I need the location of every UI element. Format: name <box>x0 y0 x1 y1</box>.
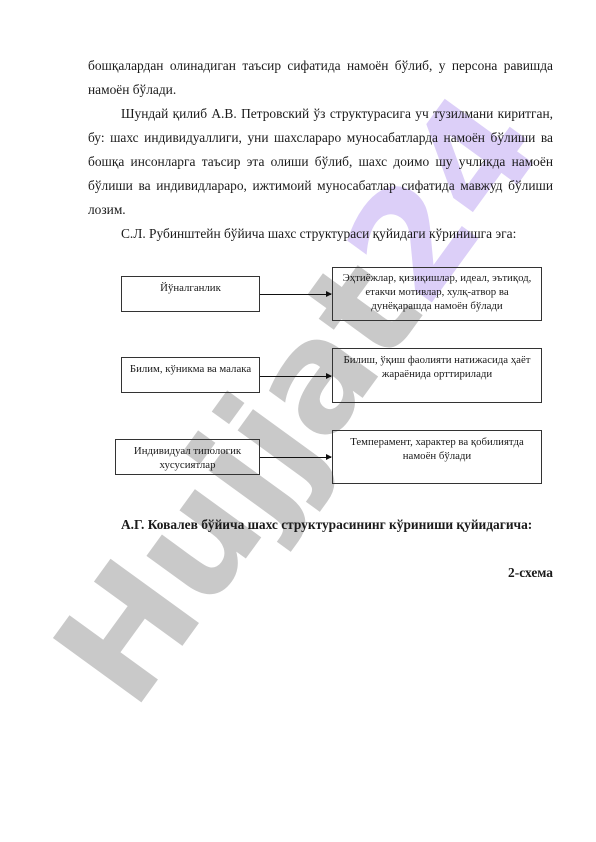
diagram-left-box-1: Йўналганлик <box>121 276 260 312</box>
arrow-icon <box>260 376 331 377</box>
diagram-left-box-2: Билим, кўникма ва малака <box>121 357 260 393</box>
diagram-left-box-3: Индивидуал типологик хусусиятлар <box>115 439 260 475</box>
arrow-icon <box>260 457 331 458</box>
diagram-right-box-2: Билиш, ўқиш фаолияти натижасида ҳаёт жар… <box>332 348 542 403</box>
scheme-label: 2-схема <box>88 561 553 585</box>
arrow-icon <box>260 294 331 295</box>
heading-kovalev: А.Г. Ковалев бўйича шахс структурасининг… <box>88 513 553 537</box>
diagram-right-box-3: Темперамент, характер ва қобилиятда намо… <box>332 430 542 484</box>
paragraph-rubinstein: С.Л. Рубинштейн бўйича шахс структураси … <box>88 222 553 246</box>
paragraph-continuation: бошқалардан олинадиган таъсир сифатида н… <box>88 54 553 102</box>
paragraph-petrovsky: Шундай қилиб А.В. Петровский ўз структур… <box>88 102 553 222</box>
diagram-right-box-1: Эҳтиёжлар, қизиқишлар, идеал, эътиқод, е… <box>332 267 542 321</box>
